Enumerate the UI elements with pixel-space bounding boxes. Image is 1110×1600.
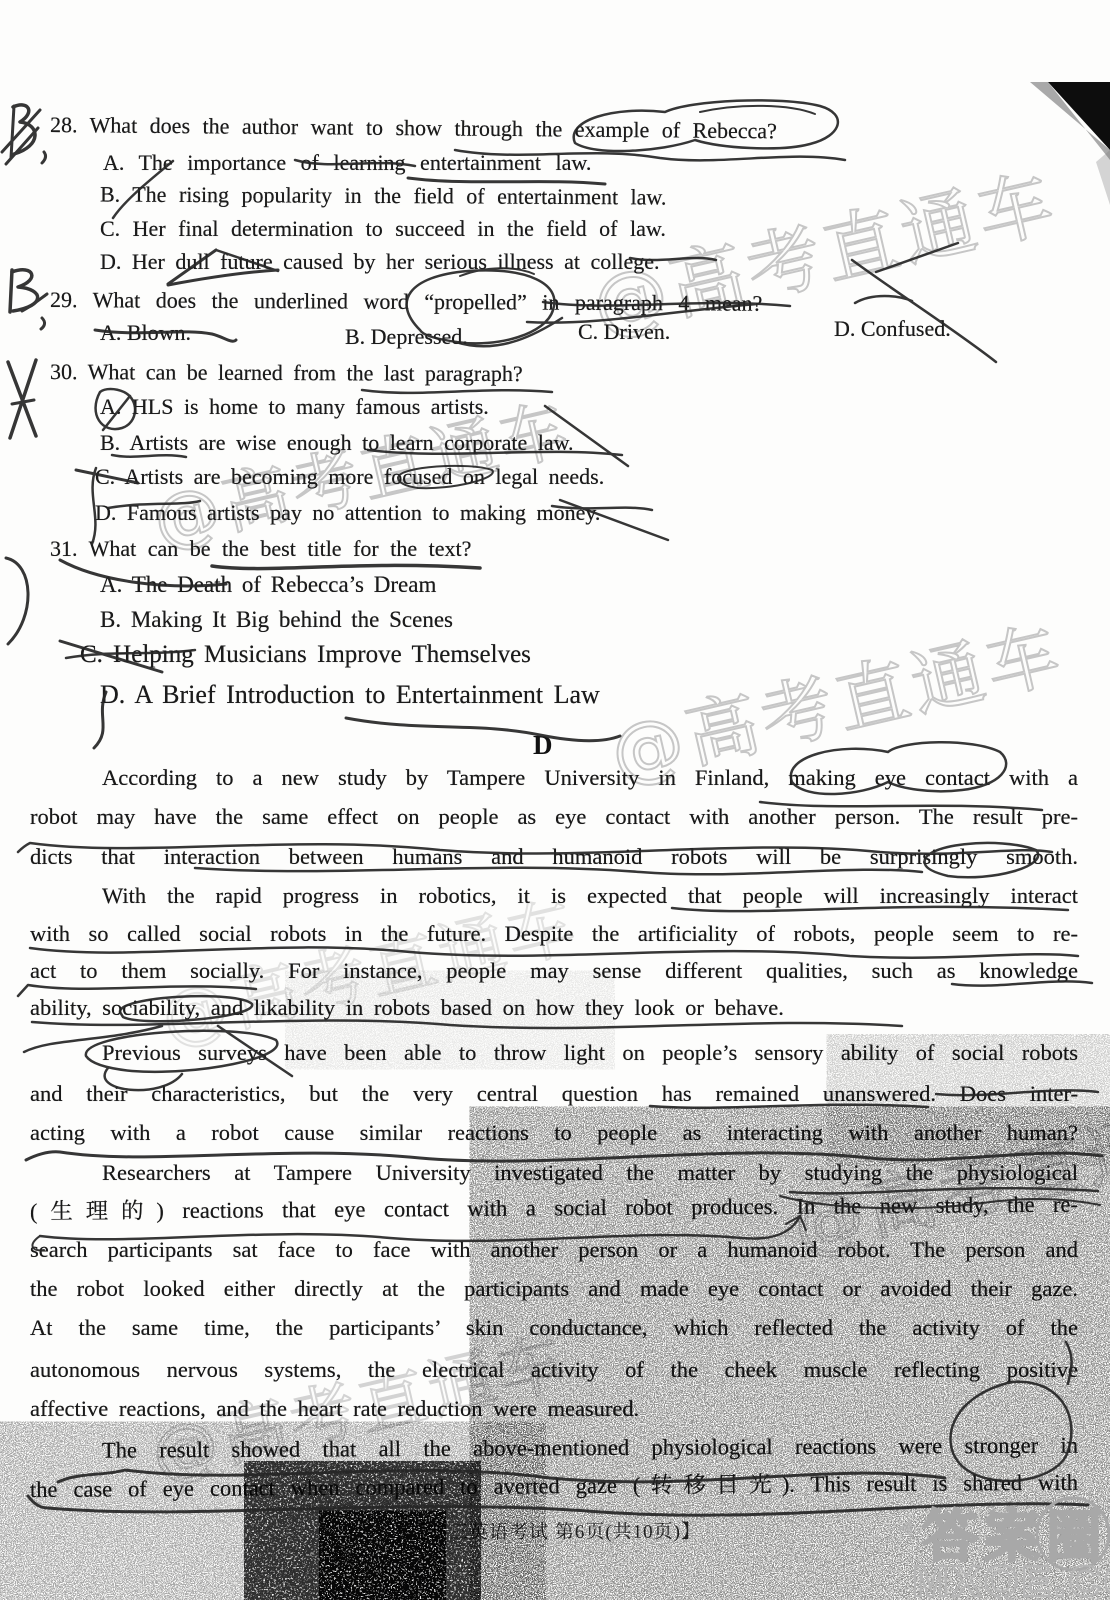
question-31-option-a: A. The Death of Rebecca’s Dream xyxy=(100,572,436,598)
question-28-option-c: C. Her final determination to succeed in… xyxy=(100,216,666,242)
question-30-option-b: B. Artists are wise enough to learn corp… xyxy=(100,430,574,456)
question-29-option-b: B. Depressed. xyxy=(345,324,468,350)
passage-line: search participants sat face to face wit… xyxy=(30,1236,1078,1263)
passage-line: affective reactions, and the heart rate … xyxy=(30,1395,639,1422)
question-29-option-c: C. Driven. xyxy=(578,319,670,345)
passage-line: acting with a robot cause similar reacti… xyxy=(30,1119,1078,1146)
passage-line: the robot looked either directly at the … xyxy=(30,1275,1078,1302)
question-29-option-a: A. Blown. xyxy=(100,320,191,346)
question-30-option-c: C. Artists are becoming more focused on … xyxy=(95,464,604,490)
passage-line: ability, sociability, and likability in … xyxy=(30,994,784,1021)
passage-line: autonomous nervous systems, the electric… xyxy=(30,1356,1078,1383)
passage-line: With the rapid progress in robotics, it … xyxy=(30,882,1078,909)
page-footer: 【高三英语考试 第6页(共10页)】 xyxy=(0,1515,1110,1546)
question-31-option-c: C. Helping Musicians Improve Themselves xyxy=(80,642,531,668)
question-31-option-b: B. Making It Big behind the Scenes xyxy=(100,607,453,633)
question-30-option-d: D. Famous artists pay no attention to ma… xyxy=(95,500,600,526)
question-29-stem: 29. What does the underlined word “prope… xyxy=(50,287,762,317)
passage-line: At the same time, the participants’ skin… xyxy=(30,1314,1078,1341)
question-31-stem: 31. What can be the best title for the t… xyxy=(50,536,471,562)
question-30-option-a: A. HLS is home to many famous artists. xyxy=(100,394,489,420)
question-28-option-b: B. The rising popularity in the field of… xyxy=(100,182,667,211)
question-29-option-d: D. Confused. xyxy=(834,316,951,342)
question-28-option-d: D. Her dull future caused by her serious… xyxy=(100,249,660,275)
question-30-stem: 30. What can be learned from the last pa… xyxy=(50,359,523,387)
passage-line: Researchers at Tampere University invest… xyxy=(30,1159,1078,1186)
question-28-option-a: A. The importance of learning entertainm… xyxy=(103,150,591,176)
passage-line: and their characteristics, but the very … xyxy=(30,1080,1078,1107)
passage-line: Previous surveys have been able to throw… xyxy=(30,1039,1078,1066)
passage-line: act to them socially. For instance, peop… xyxy=(30,957,1078,984)
passage-line: dicts that interaction between humans an… xyxy=(30,843,1078,870)
passage-line: with so called social robots in the futu… xyxy=(30,920,1078,947)
passage-line: The result showed that all the above-men… xyxy=(30,1432,1078,1464)
scanned-exam-page: @高考直通车 @高考直通车 @高考直通车 @高考直通车 @高考直通车 @高考直通… xyxy=(0,0,1110,1600)
passage-section-label: D xyxy=(533,730,553,761)
question-31-option-d: D. A Brief Introduction to Entertainment… xyxy=(100,682,600,708)
passage-line: According to a new study by Tampere Univ… xyxy=(30,764,1078,791)
passage-line: robot may have the same effect on people… xyxy=(30,803,1078,830)
